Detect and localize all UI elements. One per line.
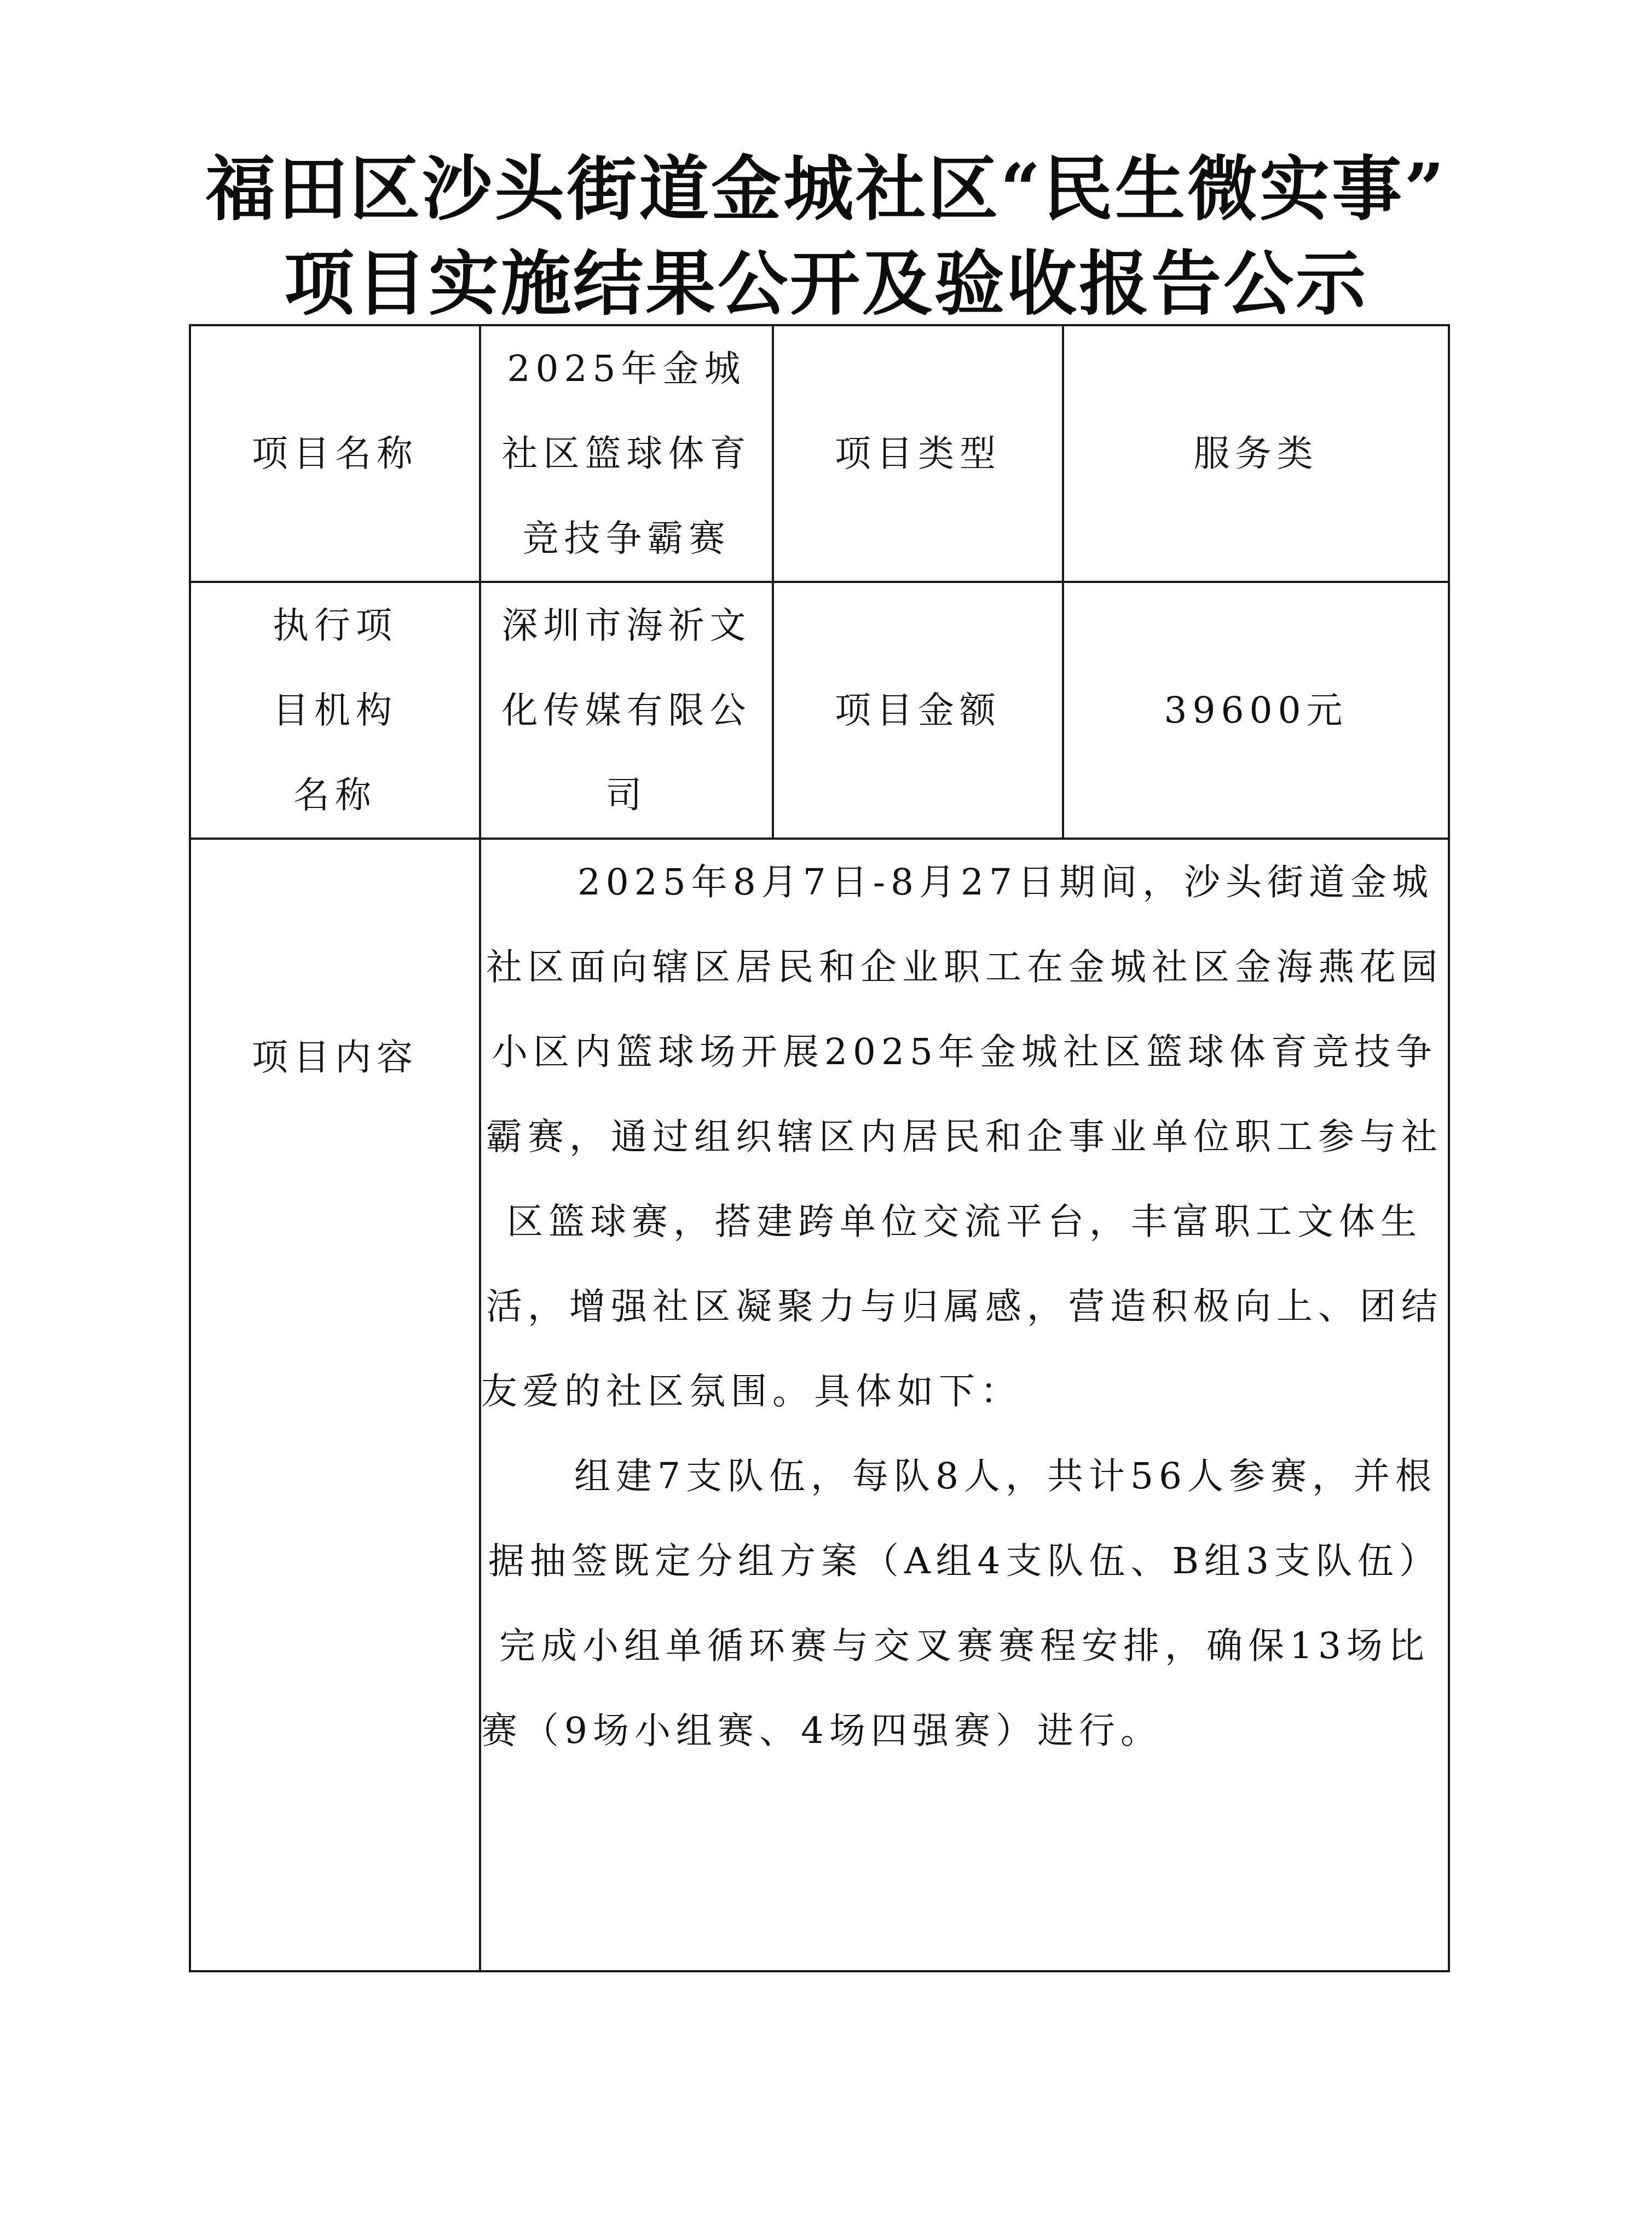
label-project-amount-text: 项目金额 [835,668,1001,753]
table-row-project-content: 项目内容 2025年8月7日-8月27日期间，沙头街道金城社区面向辖区居民和企业… [190,839,1449,1971]
project-content-body: 2025年8月7日-8月27日期间，沙头街道金城社区面向辖区居民和企业职工在金城… [480,839,1449,1971]
label-project-type-text: 项目类型 [835,411,1001,496]
value-project-name-text: 2025年金城社区篮球体育竞技争霸赛 [501,326,753,581]
content-paragraph-1: 2025年8月7日-8月27日期间，沙头街道金城社区面向辖区居民和企业职工在金城… [481,840,1448,1434]
document-title-line-2: 项目实施结果公开及验收报告公示 [0,249,1652,319]
label-project-content-text: 项目内容 [252,1015,418,1100]
content-paragraph-2: 组建7支队伍，每队8人，共计56人参赛，并根据抽签既定分组方案（A组4支队伍、B… [481,1434,1448,1773]
value-project-amount-text: 39600元 [1164,668,1348,753]
value-project-name: 2025年金城社区篮球体育竞技争霸赛 [480,325,773,582]
value-executing-org: 深圳市海祈文化传媒有限公司 [480,582,773,839]
project-info-table: 项目名称 2025年金城社区篮球体育竞技争霸赛 项目类型 服务类 执行项目机构名… [189,324,1450,1972]
value-executing-org-text: 深圳市海祈文化传媒有限公司 [501,583,753,838]
table-row-project-name: 项目名称 2025年金城社区篮球体育竞技争霸赛 项目类型 服务类 [190,325,1449,582]
label-project-type: 项目类型 [773,325,1063,582]
value-project-type: 服务类 [1063,325,1449,582]
value-project-type-text: 服务类 [1194,411,1319,496]
label-project-content: 项目内容 [190,839,480,1971]
label-project-name: 项目名称 [190,325,480,582]
label-project-amount: 项目金额 [773,582,1063,839]
document-title-line-1: 福田区沙头街道金城社区“民生微实事” [0,154,1652,224]
label-project-name-text: 项目名称 [252,411,418,496]
label-executing-org: 执行项目机构名称 [190,582,480,839]
value-project-amount: 39600元 [1063,582,1449,839]
label-executing-org-text: 执行项目机构名称 [253,583,417,838]
table-row-executing-org: 执行项目机构名称 深圳市海祈文化传媒有限公司 项目金额 39600元 [190,582,1449,839]
